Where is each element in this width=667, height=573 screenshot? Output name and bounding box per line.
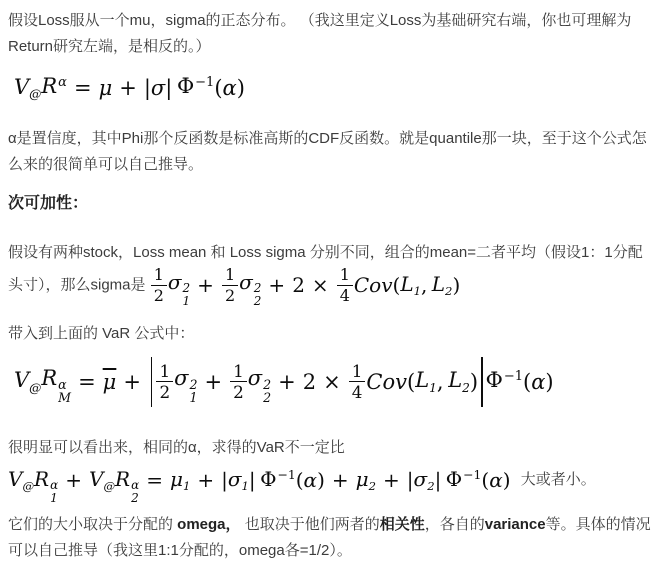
math-token: Cov: [354, 272, 393, 298]
math-token: (: [481, 462, 489, 498]
fraction: 12: [222, 266, 238, 305]
math-token: ): [452, 272, 460, 298]
math-token: L1: [415, 367, 437, 396]
abs-bar: [151, 357, 153, 407]
math-token: +: [268, 272, 285, 298]
math-token: +: [123, 369, 141, 395]
math-token: σ21: [174, 365, 197, 398]
math-token: V@: [14, 74, 41, 103]
math-token: ): [317, 462, 325, 498]
math-token: σ2: [414, 461, 435, 500]
math-token: α: [223, 75, 237, 101]
fraction: 14: [349, 362, 366, 403]
math-token: +: [197, 272, 214, 298]
formula-sum-of-vars: V@Rα1+V@Rα2=μ1+|σ1|Φ−1(α)+μ2+|σ2|Φ−1(α): [8, 461, 511, 500]
text-run: 也取决于他们两者的: [241, 516, 380, 533]
math-token: μ2: [356, 461, 376, 500]
paragraph-loss-assumption: 假设Loss服从一个mu，sigma的正态分布。 （我这里定义Loss为基础研究…: [8, 8, 657, 60]
text-run-bigger-smaller: 大或者小。: [517, 471, 596, 488]
math-token: ): [545, 369, 553, 395]
math-token: Φ−1: [446, 461, 482, 500]
fraction: 14: [337, 266, 353, 305]
math-token: V@: [89, 461, 115, 500]
paragraph-conclusion: 它们的大小取决于分配的 omega， 也取决于他们两者的相关性，各自的varia…: [8, 512, 657, 564]
math-token: (: [407, 369, 415, 395]
math-token: σ21: [168, 269, 190, 302]
fraction: 12: [230, 362, 247, 403]
math-token: L2: [432, 271, 453, 300]
math-token: =: [78, 369, 96, 395]
math-token: ,: [437, 369, 444, 395]
math-token: ,: [421, 272, 427, 298]
math-token: V@: [8, 461, 34, 500]
math-token: =: [146, 462, 163, 498]
math-token: |: [165, 75, 172, 101]
abs-bar: [481, 357, 483, 407]
math-token: ): [237, 75, 245, 101]
math-token: Φ−1: [260, 461, 296, 500]
formula-portfolio-var: V@RαM=μ+12σ21+12σ22+2×14Cov(L1,L2)Φ−1(α): [8, 355, 657, 409]
math-token: L1: [400, 271, 421, 300]
math-token: σ22: [239, 269, 261, 302]
math-token: α: [304, 462, 318, 498]
fraction: 12: [151, 266, 167, 305]
math-token: |: [221, 462, 228, 498]
math-token: (: [296, 462, 304, 498]
math-token: Φ−1: [486, 367, 523, 397]
text-run-bold-correlation: 相关性: [380, 516, 425, 533]
math-token: |: [144, 75, 151, 101]
paragraph-alpha-explanation: α是置信度，其中Phi那个反函数是标准高斯的CDF反函数。就是quantile那…: [8, 126, 657, 178]
paragraph-substitute-var: 带入到上面的 VaR 公式中：: [8, 321, 657, 347]
math-token: ×: [323, 369, 341, 395]
text-run-bold-variance: variance: [485, 516, 546, 533]
heading-subadditivity: 次可加性：: [8, 194, 657, 214]
math-token: RαM: [41, 365, 71, 398]
math-token: =: [74, 75, 92, 101]
math-token: μ: [99, 75, 113, 101]
math-token: V@: [14, 367, 41, 396]
math-token: Cov: [366, 369, 407, 395]
math-token: Rα: [41, 73, 67, 103]
text-run: ，各自的: [425, 516, 485, 533]
math-token: ×: [312, 272, 329, 298]
formula-portfolio-variance: 12σ21+12σ22+2×14Cov(L1,L2): [150, 266, 461, 305]
math-token: +: [383, 462, 400, 498]
math-token: +: [204, 369, 222, 395]
math-token: μ: [103, 369, 117, 395]
math-token: +: [119, 75, 137, 101]
math-token: 2: [292, 272, 305, 298]
math-token: L2: [448, 367, 470, 396]
math-token: Rα1: [34, 461, 58, 499]
math-token: (: [523, 369, 531, 395]
math-token: α: [531, 369, 545, 395]
math-token: Rα2: [115, 461, 139, 499]
math-token: σ1: [228, 461, 249, 500]
article-content: 假设Loss服从一个mu，sigma的正态分布。 （我这里定义Loss为基础研究…: [0, 0, 667, 566]
formula-var-definition: V@Rα=μ+|σ|Φ−1(α): [8, 70, 657, 106]
fraction: 12: [156, 362, 173, 403]
math-token: α: [489, 462, 503, 498]
math-token: ): [470, 369, 478, 395]
math-token: +: [278, 369, 296, 395]
math-token: μ1: [170, 461, 190, 500]
math-token: Φ−1: [177, 73, 214, 103]
math-token: 2: [303, 369, 316, 395]
math-token: σ: [151, 75, 165, 101]
math-token: +: [65, 462, 82, 498]
text-run: 它们的大小取决于分配的: [8, 516, 177, 533]
paragraph-two-stocks: 假设有两种stock，Loss mean 和 Loss sigma 分别不同，组…: [8, 240, 657, 305]
math-token: |: [407, 462, 414, 498]
math-token: (: [214, 75, 222, 101]
math-token: σ22: [248, 365, 271, 398]
math-token: +: [332, 462, 349, 498]
paragraph-comparison-intro: 很明显可以看出来，相同的α，求得的VaR不一定比: [8, 435, 657, 461]
line-sum-of-vars: V@Rα1+V@Rα2=μ1+|σ1|Φ−1(α)+μ2+|σ2|Φ−1(α) …: [8, 461, 657, 500]
text-run-bold-omega: omega，: [177, 516, 240, 533]
math-token: ): [503, 462, 511, 498]
math-token: |: [435, 462, 442, 498]
math-token: |: [249, 462, 256, 498]
document-page: { "colors":{ "background":"#ffffff", "bo…: [0, 0, 667, 566]
math-token: +: [197, 462, 214, 498]
